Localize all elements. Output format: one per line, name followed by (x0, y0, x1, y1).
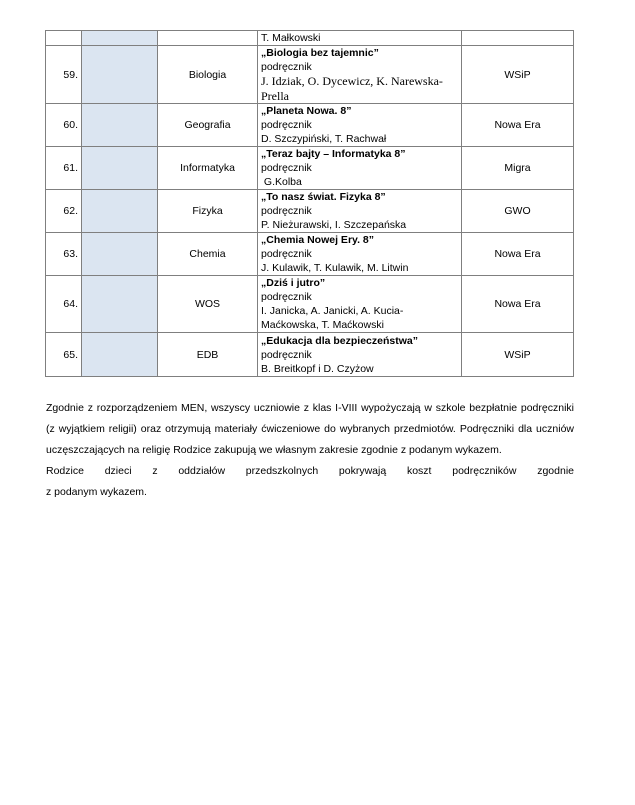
row-number-cell (46, 31, 82, 46)
book-cell: „Teraz bajty – Informatyka 8” podręcznik… (258, 147, 462, 190)
publisher: GWO (462, 190, 574, 233)
table-row: 61. Informatyka „Teraz bajty – Informaty… (46, 147, 574, 190)
subject: WOS (158, 276, 258, 333)
book-authors: I. Janicka, A. Janicki, A. Kucia-Maćkows… (261, 304, 458, 332)
subject: Geografia (158, 104, 258, 147)
book-authors: J. Idziak, O. Dycewicz, K. Narewska-Prel… (261, 74, 458, 103)
document-page: T. Małkowski 59. Biologia „Biologia bez … (0, 0, 635, 805)
notes-paragraph-preschool-line2: z podanym wykazem. (46, 482, 574, 503)
table-row: 62. Fizyka „To nasz świat. Fizyka 8” pod… (46, 190, 574, 233)
book-title: „Biologia bez tajemnic” (261, 46, 458, 60)
class-cell (82, 276, 158, 333)
book-authors: B. Breitkopf i D. Czyżow (261, 362, 458, 376)
table-row: 59. Biologia „Biologia bez tajemnic” pod… (46, 46, 574, 104)
book-cell: „Biologia bez tajemnic” podręcznik J. Id… (258, 46, 462, 104)
table-row: 65. EDB „Edukacja dla bezpieczeństwa” po… (46, 333, 574, 377)
book-kind: podręcznik (261, 60, 458, 74)
row-number: 60. (46, 104, 82, 147)
publisher: Migra (462, 147, 574, 190)
book-title: „Planeta Nowa. 8” (261, 104, 458, 118)
book-cell: „Edukacja dla bezpieczeństwa” podręcznik… (258, 333, 462, 377)
row-number: 62. (46, 190, 82, 233)
book-cell: „To nasz świat. Fizyka 8” podręcznik P. … (258, 190, 462, 233)
book-authors: D. Szczypiński, T. Rachwał (261, 132, 458, 146)
book-title: „Edukacja dla bezpieczeństwa” (261, 334, 458, 348)
book-kind: podręcznik (261, 204, 458, 218)
book-kind: podręcznik (261, 348, 458, 362)
publisher: WSiP (462, 333, 574, 377)
class-cell (82, 233, 158, 276)
subject: Biologia (158, 46, 258, 104)
book-authors: G.Kolba (261, 175, 458, 189)
subject: Chemia (158, 233, 258, 276)
class-cell (82, 147, 158, 190)
book-title: „Teraz bajty – Informatyka 8” (261, 147, 458, 161)
notes-section: Zgodnie z rozporządzeniem MEN, wszyscy u… (46, 398, 574, 503)
publisher: WSiP (462, 46, 574, 104)
notes-paragraph-free-textbooks: Zgodnie z rozporządzeniem MEN, wszyscy u… (46, 398, 574, 461)
book-authors: J. Kulawik, T. Kulawik, M. Litwin (261, 261, 458, 275)
book-title: „To nasz świat. Fizyka 8” (261, 190, 458, 204)
textbook-table: T. Małkowski 59. Biologia „Biologia bez … (45, 30, 574, 377)
book-authors: P. Nieżurawski, I. Szczepańska (261, 218, 458, 232)
subject-cell (158, 31, 258, 46)
subject: EDB (158, 333, 258, 377)
row-number: 63. (46, 233, 82, 276)
subject: Informatyka (158, 147, 258, 190)
book-cell: T. Małkowski (258, 31, 462, 46)
publisher: Nowa Era (462, 104, 574, 147)
class-cell (82, 190, 158, 233)
book-cell: „Chemia Nowej Ery. 8” podręcznik J. Kula… (258, 233, 462, 276)
class-cell (82, 31, 158, 46)
class-cell (82, 46, 158, 104)
row-number: 59. (46, 46, 82, 104)
book-kind: podręcznik (261, 161, 458, 175)
book-kind: podręcznik (261, 118, 458, 132)
publisher: Nowa Era (462, 233, 574, 276)
class-cell (82, 104, 158, 147)
table-row: 63. Chemia „Chemia Nowej Ery. 8” podręcz… (46, 233, 574, 276)
book-cell: „Planeta Nowa. 8” podręcznik D. Szczypiń… (258, 104, 462, 147)
subject: Fizyka (158, 190, 258, 233)
row-number: 65. (46, 333, 82, 377)
row-number: 61. (46, 147, 82, 190)
table-row: 60. Geografia „Planeta Nowa. 8” podręczn… (46, 104, 574, 147)
book-title: „Chemia Nowej Ery. 8” (261, 233, 458, 247)
book-authors: T. Małkowski (261, 31, 458, 45)
publisher: Nowa Era (462, 276, 574, 333)
row-number: 64. (46, 276, 82, 333)
table-row-continuation: T. Małkowski (46, 31, 574, 46)
publisher-cell (462, 31, 574, 46)
table-row: 64. WOS „Dziś i jutro” podręcznik I. Jan… (46, 276, 574, 333)
class-cell (82, 333, 158, 377)
book-cell: „Dziś i jutro” podręcznik I. Janicka, A.… (258, 276, 462, 333)
book-title: „Dziś i jutro” (261, 276, 458, 290)
book-kind: podręcznik (261, 247, 458, 261)
notes-paragraph-preschool-line1: Rodzice dzieci z oddziałów przedszkolnyc… (46, 461, 574, 482)
book-kind: podręcznik (261, 290, 458, 304)
